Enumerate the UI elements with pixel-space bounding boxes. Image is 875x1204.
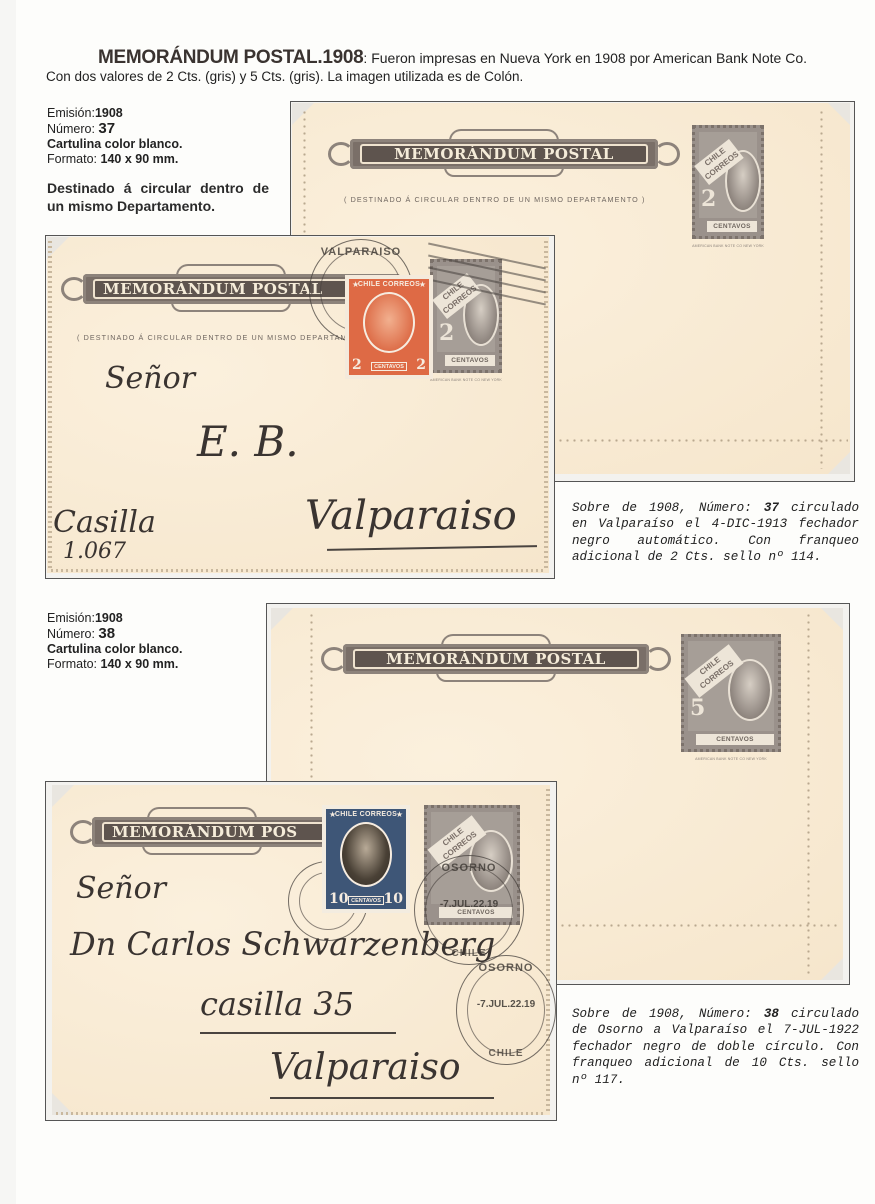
address-salutation: Señor xyxy=(105,361,195,396)
address-city: Valparaiso xyxy=(305,493,517,539)
item-38-info: Emisión:1908 Número: 38 Cartulina color … xyxy=(47,611,182,672)
page-title: MEMORÁNDUM POSTAL.1908 xyxy=(98,47,363,68)
address-initials: E. B. xyxy=(197,417,299,466)
postmark-osorno-lower: OSORNO -7.JUL.22.19 CHILE xyxy=(456,955,556,1065)
adhesive-stamp-10c-blue: ★★ CHILE CORREOS 10 10 CENTAVOS xyxy=(322,805,410,913)
address-salutation: Señor xyxy=(76,871,166,906)
address-box-number: 1.067 xyxy=(63,539,126,564)
item-37-info: Emisión:1908 Número: 37 Cartulina color … xyxy=(47,106,269,215)
adhesive-stamp-2c-red: ★★ CHILE CORREOS 2 2 CENTAVOS xyxy=(345,275,433,379)
page-edge xyxy=(0,0,16,1204)
postal-card-38-used: MEMORÁNDUM POS CHILE CORREOS CENTAVOS ★★… xyxy=(52,785,550,1115)
formato-label: Formato: xyxy=(47,657,97,671)
imprinted-stamp-5c: CHILE CORREOS 5 CENTAVOS AMERICAN BANK N… xyxy=(681,634,781,752)
postal-card-37-used: MEMORÁNDUM POSTAL ( DESTINADO Á CIRCULAR… xyxy=(47,237,549,573)
formato-label: Formato: xyxy=(47,152,97,166)
imprinted-stamp-2c: CHILE CORREOS 2 CENTAVOS AMERICAN BANK N… xyxy=(692,125,764,239)
numero-label: Número: xyxy=(47,122,95,136)
formato-value: 140 x 90 mm. xyxy=(101,152,179,166)
address-box: casilla 35 xyxy=(200,985,354,1023)
caption-37: Sobre de 1908, Número: 37 circulado en V… xyxy=(572,500,859,566)
header-line-2: Con dos valores de 2 Cts. (gris) y 5 Cts… xyxy=(46,68,866,86)
numero-label: Número: xyxy=(47,627,95,641)
emision-label: Emisión: xyxy=(47,611,95,625)
emision-label: Emisión: xyxy=(47,106,95,120)
columbus-portrait xyxy=(363,292,415,353)
address-city: Valparaiso xyxy=(270,1047,461,1088)
mount-37-used: MEMORÁNDUM POSTAL ( DESTINADO Á CIRCULAR… xyxy=(45,235,555,579)
memorandum-banner: MEMORÁNDUM POSTAL xyxy=(321,634,671,682)
formato-value: 140 x 90 mm. xyxy=(101,657,179,671)
emision-value: 1908 xyxy=(95,106,123,120)
address-box-label: Casilla xyxy=(53,505,156,540)
header-line-1: MEMORÁNDUM POSTAL.1908: Fueron impresas … xyxy=(46,48,866,68)
mount-38-used: MEMORÁNDUM POS CHILE CORREOS CENTAVOS ★★… xyxy=(45,781,557,1121)
destinado-note: Destinado á circular dentro de un mismo … xyxy=(47,179,269,215)
address-name: Dn Carlos Schwarzenberg xyxy=(70,925,495,963)
cartulina-text: Cartulina color blanco. xyxy=(47,642,182,656)
numero-value: 37 xyxy=(98,120,115,137)
page-header: MEMORÁNDUM POSTAL.1908: Fueron impresas … xyxy=(46,48,866,86)
destinado-subline: ( DESTINADO Á CIRCULAR DENTRO DE UN MISM… xyxy=(77,333,347,342)
destinado-subline: ( DESTINADO Á CIRCULAR DENTRO DE UN MISM… xyxy=(344,195,645,204)
emision-value: 1908 xyxy=(95,611,123,625)
caption-38: Sobre de 1908, Número: 38 circulado de O… xyxy=(572,1006,859,1088)
memorandum-banner: MEMORÁNDUM POSTAL xyxy=(328,129,680,177)
ohiggins-portrait xyxy=(340,822,392,887)
memorandum-banner: MEMORÁNDUM POS xyxy=(70,807,334,855)
header-description: : Fueron impresas en Nueva York en 1908 … xyxy=(363,50,807,66)
cartulina-text: Cartulina color blanco. xyxy=(47,137,182,151)
numero-value: 38 xyxy=(98,625,115,642)
